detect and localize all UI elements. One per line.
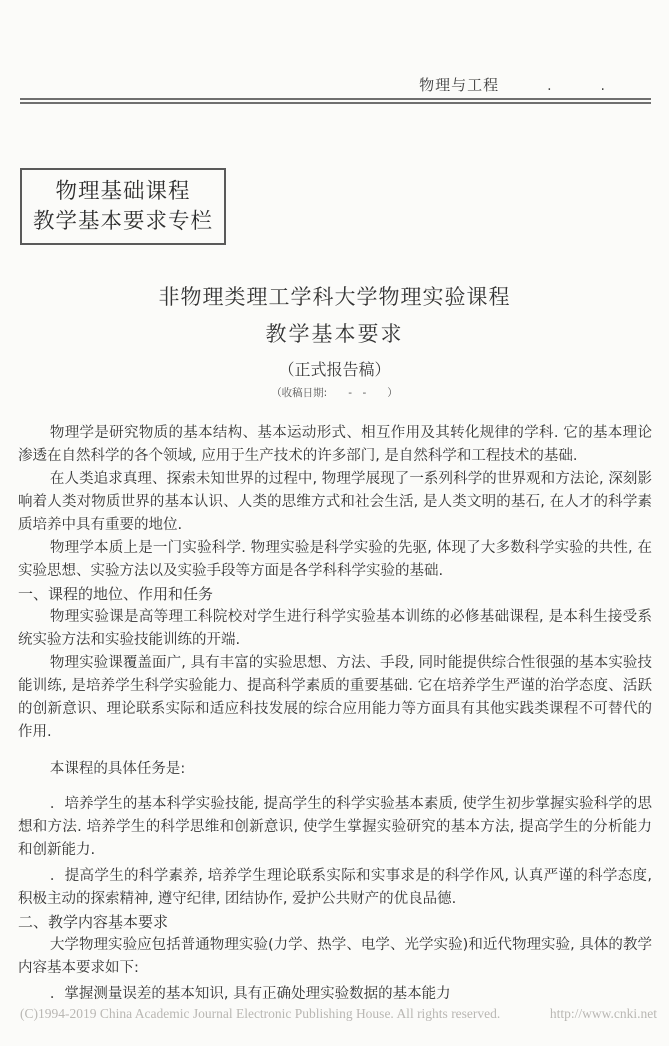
journal-title: 物理与工程 bbox=[419, 74, 499, 95]
intro-paragraph: 物理学本质上是一门实验科学. 物理实验是科学实验的先驱, 体现了大多数科学实验的… bbox=[18, 537, 652, 583]
document-body: 物理学是研究物质的基本结构、基本运动形式、相互作用及其转化规律的学科. 它的基本… bbox=[18, 422, 652, 1006]
section2-paragraph: 大学物理实验应包括普通物理实验(力学、热学、电学、光学实验)和近代物理实验, 具… bbox=[18, 934, 652, 980]
task-item: ．培养学生的基本科学实验技能, 提高学生的科学实验基本素质, 使学生初步掌握实验… bbox=[18, 793, 652, 862]
article-title-line1: 非物理类理工学科大学物理实验课程 bbox=[0, 281, 669, 311]
tasks-intro-line: 本课程的具体任务是: bbox=[18, 758, 652, 781]
header-dot-1: . bbox=[547, 78, 552, 94]
received-date-line: （收稿日期: - - ） bbox=[0, 385, 669, 400]
requirement-item: ．掌握测量误差的基本知识, 具有正确处理实验数据的基本能力 bbox=[18, 983, 652, 1006]
section1-paragraph: 物理实验课是高等理工科院校对学生进行科学实验基本训练的必修基础课程, 是本科生接… bbox=[18, 606, 652, 652]
section1-heading: 一、课程的地位、作用和任务 bbox=[18, 583, 652, 606]
intro-paragraph: 在人类追求真理、探索未知世界的过程中, 物理学展现了一系列科学的世界观和方法论,… bbox=[18, 468, 652, 537]
article-title-line2: 教学基本要求 bbox=[0, 318, 669, 348]
cnki-watermark-footer: (C)1994-2019 China Academic Journal Elec… bbox=[20, 1006, 657, 1022]
article-subtitle: （正式报告稿） bbox=[0, 357, 669, 380]
document-page: 物理与工程 . . 物理基础课程 教学基本要求专栏 非物理类理工学科大学物理实验… bbox=[0, 0, 669, 1046]
journal-header-line: 物理与工程 . . bbox=[20, 74, 651, 95]
header-dot-2: . bbox=[601, 78, 606, 94]
task-item: ．提高学生的科学素养, 培养学生理论联系实际和实事求是的科学作风, 认真严谨的科… bbox=[18, 865, 652, 911]
cnki-url: http://www.cnki.net bbox=[550, 1006, 657, 1022]
section1-paragraph: 物理实验课覆盖面广, 具有丰富的实验思想、方法、手段, 同时能提供综合性很强的基… bbox=[18, 652, 652, 744]
header-double-rule bbox=[20, 98, 651, 104]
intro-paragraph: 物理学是研究物质的基本结构、基本运动形式、相互作用及其转化规律的学科. 它的基本… bbox=[18, 422, 652, 468]
column-label-line2: 教学基本要求专栏 bbox=[33, 207, 213, 237]
page-header: 物理与工程 . . bbox=[20, 74, 651, 104]
article-title-block: 非物理类理工学科大学物理实验课程 教学基本要求 （正式报告稿） （收稿日期: -… bbox=[0, 281, 669, 400]
copyright-text: (C)1994-2019 China Academic Journal Elec… bbox=[20, 1006, 500, 1022]
section2-heading: 二、教学内容基本要求 bbox=[18, 911, 652, 934]
column-label-box: 物理基础课程 教学基本要求专栏 bbox=[20, 168, 226, 245]
column-label-line1: 物理基础课程 bbox=[33, 177, 213, 207]
